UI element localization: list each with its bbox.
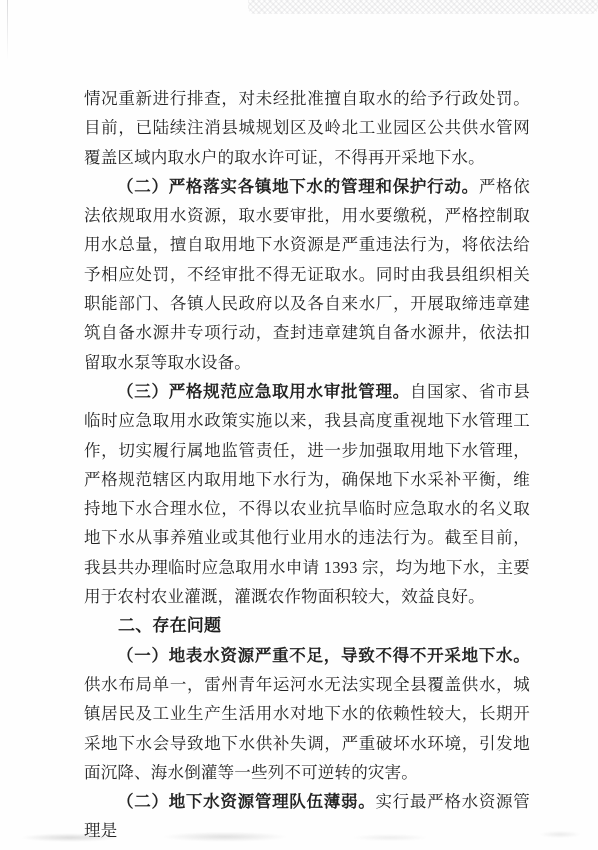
scan-artifact-top-edge — [248, 0, 598, 14]
paragraph-text: 自国家、省市县临时应急取用水政策实施以来，我县高度重视地下水管理工作，切实履行属… — [84, 382, 530, 606]
paragraph-lead: （一）地表水资源严重不足，导致不得不开采地下水。 — [117, 646, 530, 665]
document-page: 情况重新进行排查，对未经批准擅自取水的给予行政处罚。目前，已陆续注消县城规划区及… — [0, 0, 598, 850]
document-body: 情况重新进行排查，对未经批准擅自取水的给予行政处罚。目前，已陆续注消县城规划区及… — [84, 84, 530, 846]
paragraph-lead: （三）严格规范应急取用水审批管理。 — [117, 382, 410, 401]
paragraph-continuation: 情况重新进行排查，对未经批准擅自取水的给予行政处罚。目前，已陆续注消县城规划区及… — [84, 84, 530, 172]
paragraph-text: 情况重新进行排查，对未经批准擅自取水的给予行政处罚。目前，已陆续注消县城规划区及… — [84, 89, 530, 167]
paragraph-item-2: （二）严格落实各镇地下水的管理和保护行动。严格依法依规取用水资源，取水要审批，用… — [84, 172, 530, 377]
paragraph-lead: （二）地下水资源管理队伍薄弱。 — [117, 792, 375, 811]
scan-artifact-left-line — [7, 0, 8, 60]
issue-paragraph-2: （二）地下水资源管理队伍薄弱。实行最严格水资源管理是 — [84, 787, 530, 846]
paragraph-text: 严格依法依规取用水资源，取水要审批，用水要缴税，严格控制取用水总量，擅自取用地下… — [84, 177, 530, 372]
paragraph-lead: （二）严格落实各镇地下水的管理和保护行动。 — [117, 177, 479, 196]
paragraph-item-3: （三）严格规范应急取用水审批管理。自国家、省市县临时应急取用水政策实施以来，我县… — [84, 377, 530, 611]
paragraph-text: 供水布局单一，雷州青年运河水无法实现全县覆盖供水，城镇居民及工业生产生活用水对地… — [84, 675, 530, 782]
section-heading: 二、存在问题 — [84, 611, 530, 640]
issue-paragraph-1: （一）地表水资源严重不足，导致不得不开采地下水。供水布局单一，雷州青年运河水无法… — [84, 641, 530, 787]
